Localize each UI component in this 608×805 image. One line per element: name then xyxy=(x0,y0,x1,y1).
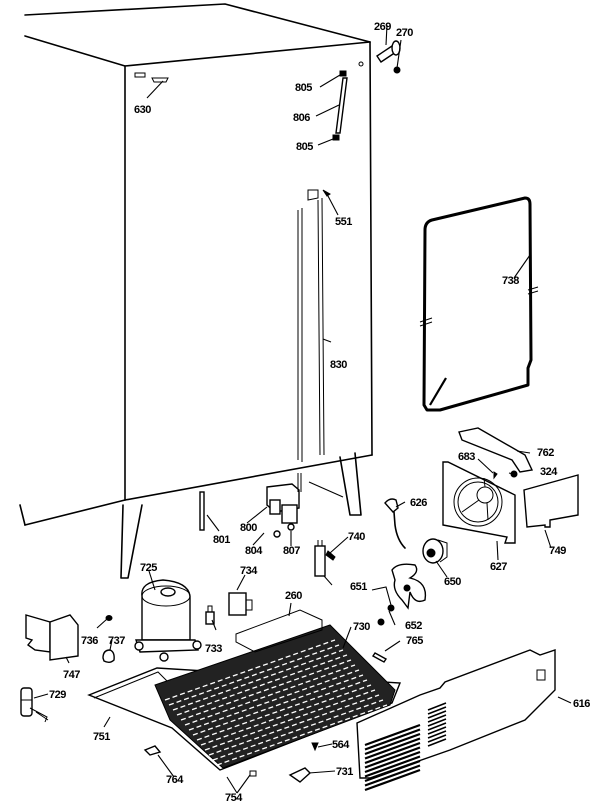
water-tube xyxy=(323,71,347,196)
label-324[interactable]: 324 xyxy=(540,466,558,478)
label-650[interactable]: 650 xyxy=(444,576,461,588)
defrost-heater xyxy=(315,540,335,585)
clip xyxy=(373,653,386,662)
label-651[interactable]: 651 xyxy=(350,581,367,593)
label-738[interactable]: 738 xyxy=(502,275,519,287)
label-805-bottom[interactable]: 805 xyxy=(296,141,313,153)
label-260[interactable]: 260 xyxy=(285,590,302,602)
label-801[interactable]: 801 xyxy=(213,534,230,546)
label-270[interactable]: 270 xyxy=(396,27,413,39)
parts-diagram: 630 269 270 805 806 805 551 738 830 762 … xyxy=(0,0,608,805)
label-806[interactable]: 806 xyxy=(293,112,310,124)
label-269[interactable]: 269 xyxy=(374,21,391,33)
capacitor xyxy=(21,688,48,722)
cabinet-body xyxy=(20,4,372,578)
cap xyxy=(103,650,114,662)
label-737[interactable]: 737 xyxy=(108,635,125,647)
compressor xyxy=(135,580,201,661)
label-652[interactable]: 652 xyxy=(405,620,422,632)
label-800[interactable]: 800 xyxy=(240,522,257,534)
label-736[interactable]: 736 xyxy=(81,635,98,647)
label-730[interactable]: 730 xyxy=(353,621,370,633)
label-725[interactable]: 725 xyxy=(140,562,157,574)
label-830[interactable]: 830 xyxy=(330,359,347,371)
label-564[interactable]: 564 xyxy=(332,739,350,751)
hinge-assembly xyxy=(377,41,400,73)
label-807[interactable]: 807 xyxy=(283,545,300,557)
label-747[interactable]: 747 xyxy=(63,669,80,681)
label-729[interactable]: 729 xyxy=(49,689,66,701)
cover-plate xyxy=(524,475,578,527)
grille xyxy=(357,650,555,790)
label-762[interactable]: 762 xyxy=(537,447,554,459)
label-765[interactable]: 765 xyxy=(406,635,423,647)
relay xyxy=(229,593,252,615)
fan-motor xyxy=(423,539,447,563)
label-627[interactable]: 627 xyxy=(490,561,507,573)
fan-shroud xyxy=(443,462,517,543)
label-740[interactable]: 740 xyxy=(348,531,365,543)
bracket-731 xyxy=(290,768,310,782)
label-764[interactable]: 764 xyxy=(166,774,184,786)
label-749[interactable]: 749 xyxy=(549,545,566,557)
label-751[interactable]: 751 xyxy=(93,731,110,743)
label-626[interactable]: 626 xyxy=(410,497,427,509)
label-734[interactable]: 734 xyxy=(240,565,258,577)
fan-blade xyxy=(378,564,425,625)
label-754[interactable]: 754 xyxy=(225,792,243,804)
label-733[interactable]: 733 xyxy=(205,643,222,655)
label-616[interactable]: 616 xyxy=(573,698,590,710)
clip-764 xyxy=(145,746,160,755)
duct xyxy=(459,428,532,472)
label-683[interactable]: 683 xyxy=(458,451,475,463)
thermistor xyxy=(385,499,405,548)
heater-loop xyxy=(420,198,538,410)
label-805-top[interactable]: 805 xyxy=(295,82,312,94)
label-804[interactable]: 804 xyxy=(245,545,263,557)
label-551[interactable]: 551 xyxy=(335,216,352,228)
label-630[interactable]: 630 xyxy=(134,104,151,116)
bracket xyxy=(26,615,78,660)
screw xyxy=(312,743,318,750)
pad xyxy=(250,771,256,776)
label-731[interactable]: 731 xyxy=(336,766,353,778)
